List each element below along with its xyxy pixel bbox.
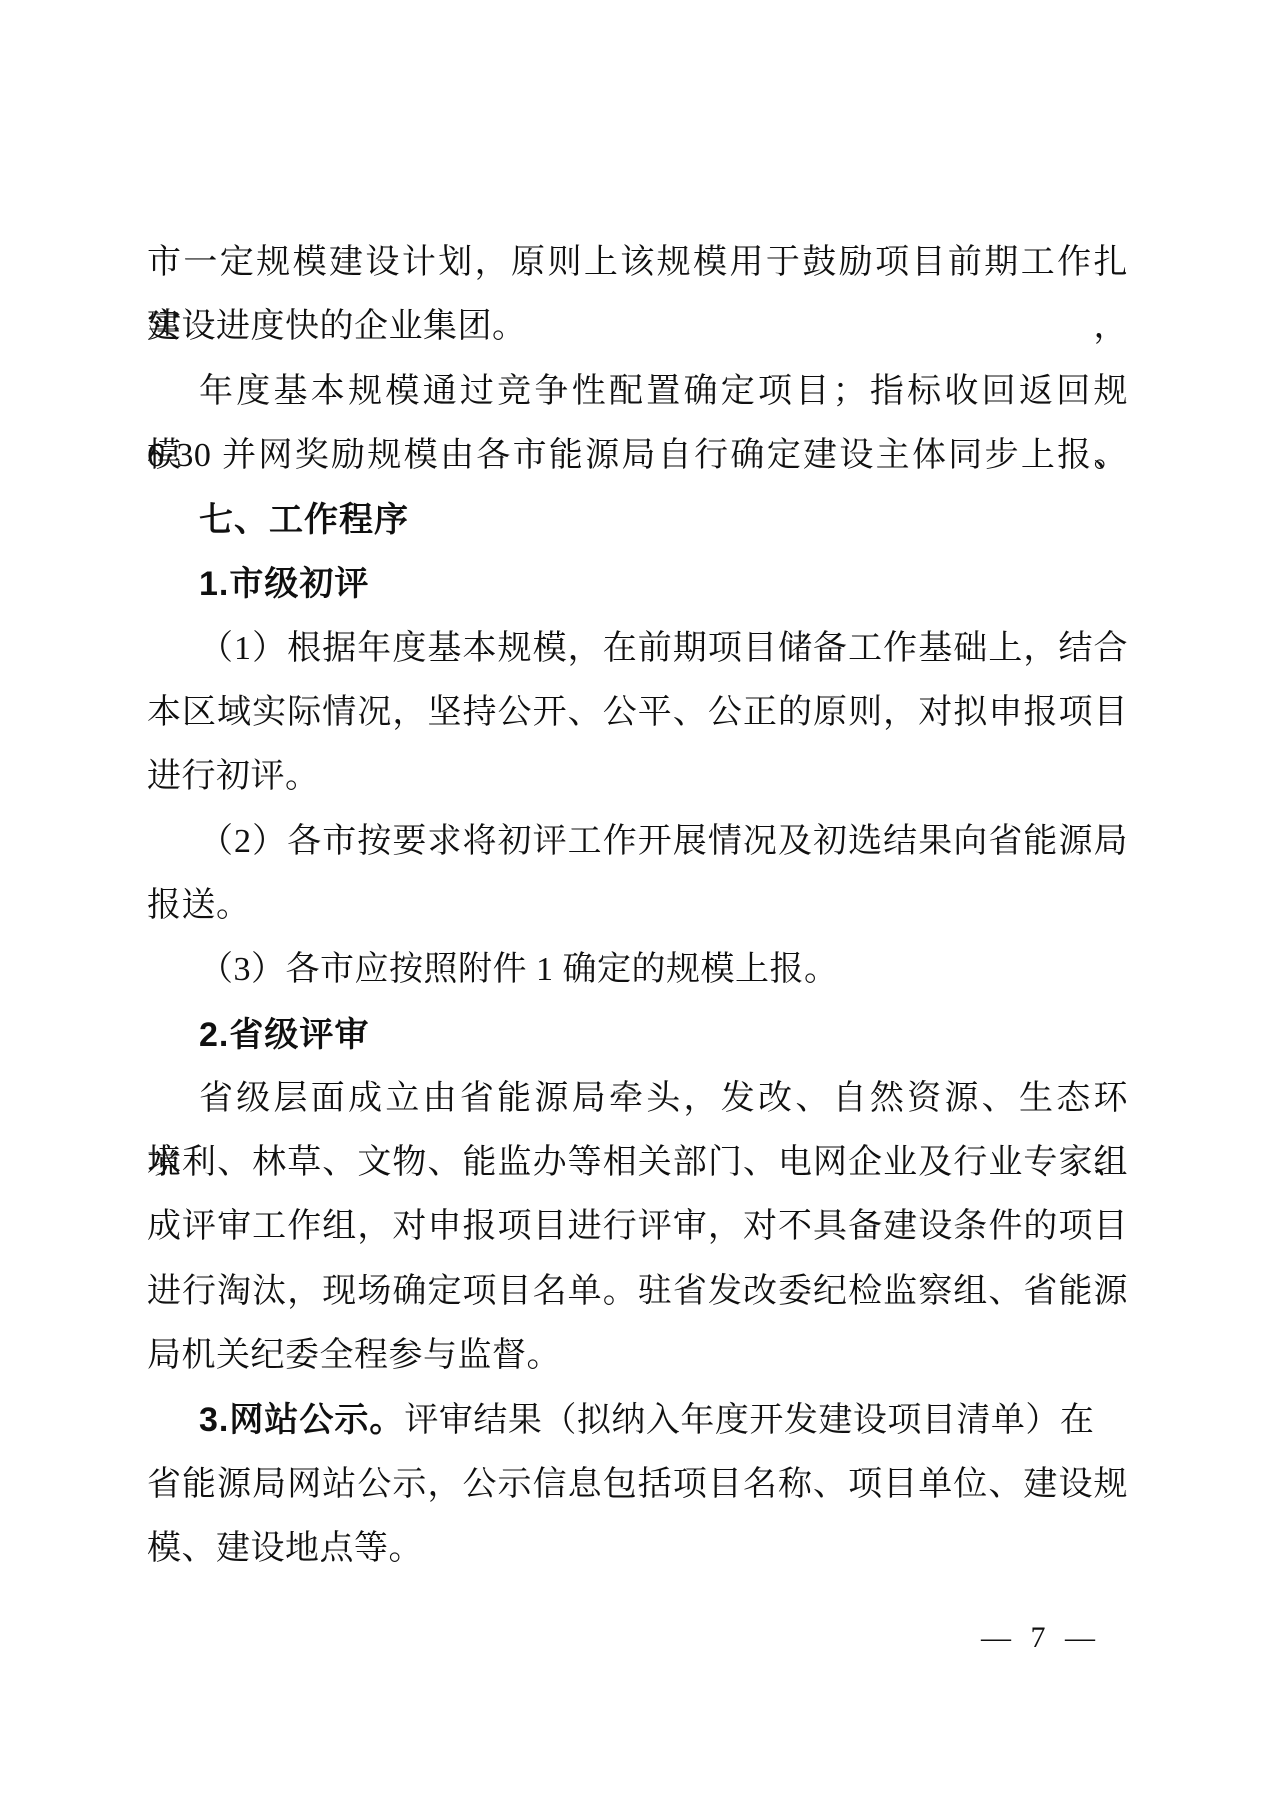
body-line: 模、建设地点等。 [147, 1517, 1128, 1581]
body-line: 市一定规模建设计划，原则上该规模用于鼓励项目前期工作扎实， [147, 231, 1128, 295]
text-segment: （2）各市按要求将初评工作开展情况及初选结果向省能源局 [199, 823, 1128, 860]
body-line: （2）各市按要求将初评工作开展情况及初选结果向省能源局 [147, 810, 1128, 874]
body-line: 成评审工作组，对申报项目进行评审，对不具备建设条件的项目 [147, 1195, 1128, 1259]
body-line: 进行初评。 [147, 745, 1128, 809]
text-segment: 评审结果（拟纳入年度开发建设项目清单）在 [404, 1402, 1094, 1439]
page-number: — 7 — [981, 1618, 1101, 1658]
body-line: （3）各市应按照附件 1 确定的规模上报。 [147, 938, 1128, 1002]
body-line: 进行淘汰，现场确定项目名单。驻省发改委纪检监察组、省能源 [147, 1260, 1128, 1324]
text-segment: 报送。 [147, 887, 251, 924]
heading-city-initial-review: 1.市级初评 [147, 552, 1128, 616]
body-line: 局机关纪委全程参与监督。 [147, 1324, 1128, 1388]
body-line: 年度基本规模通过竞争性配置确定项目；指标收回返回规模、 [147, 360, 1128, 424]
text-segment: 水利、林草、文物、能监办等相关部门、电网企业及行业专家组 [147, 1144, 1128, 1181]
heading-section-7: 七、工作程序 [147, 488, 1128, 552]
text-segment: 进行初评。 [147, 758, 320, 795]
text-segment: 进行淘汰，现场确定项目名单。驻省发改委纪检监察组、省能源 [147, 1273, 1128, 1310]
bold-text-segment: 3.网站公示。 [199, 1401, 404, 1439]
bold-text-segment: 七、工作程序 [199, 501, 409, 539]
body-line: （1）根据年度基本规模，在前期项目储备工作基础上，结合 [147, 617, 1128, 681]
text-segment: 建设进度快的企业集团。 [147, 308, 527, 345]
text-segment: 省能源局网站公示，公示信息包括项目名称、项目单位、建设规 [147, 1466, 1128, 1503]
text-segment: （1）根据年度基本规模，在前期项目储备工作基础上，结合 [199, 630, 1128, 667]
bold-text-segment: 1.市级初评 [199, 565, 369, 603]
text-segment: 成评审工作组，对申报项目进行评审，对不具备建设条件的项目 [147, 1208, 1128, 1245]
bold-text-segment: 2.省级评审 [199, 1016, 369, 1054]
heading-province-review: 2.省级评审 [147, 1003, 1128, 1067]
body-line: 省级层面成立由省能源局牵头，发改、自然资源、生态环境、 [147, 1067, 1128, 1131]
document-text-block: 市一定规模建设计划，原则上该规模用于鼓励项目前期工作扎实，建设进度快的企业集团。… [147, 231, 1128, 1581]
body-line-with-bold-lead: 3.网站公示。评审结果（拟纳入年度开发建设项目清单）在 [147, 1388, 1128, 1452]
text-segment: （3）各市应按照附件 1 确定的规模上报。 [199, 951, 839, 988]
body-line: 本区域实际情况，坚持公开、公平、公正的原则，对拟申报项目 [147, 681, 1128, 745]
text-segment: 6·30 并网奖励规模由各市能源局自行确定建设主体同步上报。 [147, 437, 1128, 474]
body-line: 水利、林草、文物、能监办等相关部门、电网企业及行业专家组 [147, 1131, 1128, 1195]
text-segment: 模、建设地点等。 [147, 1530, 423, 1567]
body-line: 报送。 [147, 874, 1128, 938]
body-line: 省能源局网站公示，公示信息包括项目名称、项目单位、建设规 [147, 1453, 1128, 1517]
text-segment: 局机关纪委全程参与监督。 [147, 1337, 561, 1374]
text-segment: 本区域实际情况，坚持公开、公平、公正的原则，对拟申报项目 [147, 694, 1128, 731]
body-line: 6·30 并网奖励规模由各市能源局自行确定建设主体同步上报。 [147, 424, 1128, 488]
